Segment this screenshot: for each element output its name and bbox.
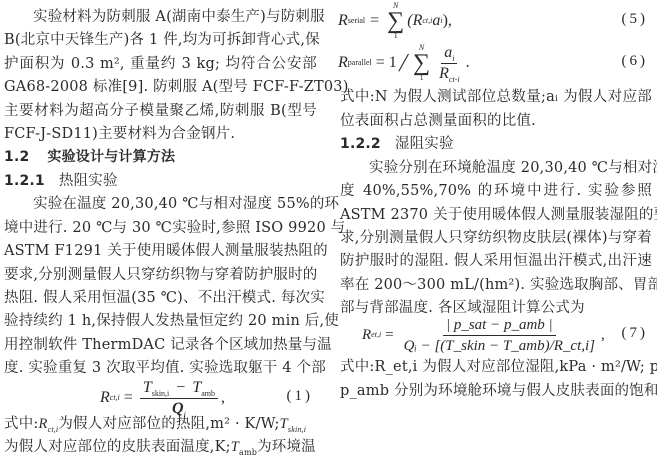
right-column-bottom: [340, 0, 652, 460]
thermal-paragraph-tail: [4, 0, 317, 460]
